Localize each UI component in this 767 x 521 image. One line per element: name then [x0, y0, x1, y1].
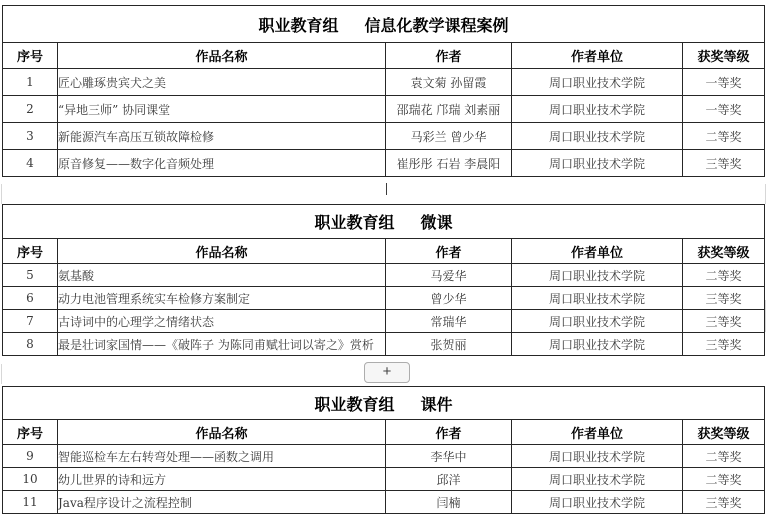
- row-number: 1: [3, 69, 58, 96]
- group-name: 职业教育组: [315, 213, 395, 232]
- author-unit: 周口职业技术学院: [512, 310, 683, 333]
- column-header-authors: 作者: [386, 420, 512, 445]
- award-level: 一等奖: [683, 69, 765, 96]
- award-level: 三等奖: [683, 310, 765, 333]
- authors: 曾少华: [386, 287, 512, 310]
- row-number: 3: [3, 123, 58, 150]
- authors: 马彩兰 曾少华: [386, 123, 512, 150]
- table-row: 8 最是壮词家国情——《破阵子 为陈同甫赋壮词以寄之》赏析 张贺丽 周口职业技术…: [3, 333, 765, 356]
- authors: 马爱华: [386, 264, 512, 287]
- table-title-row: 职业教育组课件: [3, 387, 765, 420]
- column-header-unit: 作者单位: [512, 420, 683, 445]
- row-number: 7: [3, 310, 58, 333]
- work-title: 幼儿世界的诗和远方: [58, 468, 386, 491]
- table-title: 职业教育组信息化教学课程案例: [3, 6, 765, 43]
- row-number: 8: [3, 333, 58, 356]
- authors: 邱洋: [386, 468, 512, 491]
- table-row: 10 幼儿世界的诗和远方 邱洋 周口职业技术学院 二等奖: [3, 468, 765, 491]
- header-row: 序号 作品名称 作者 作者单位 获奖等级: [3, 420, 765, 445]
- text-cursor: [386, 183, 387, 195]
- column-header-work: 作品名称: [58, 43, 386, 69]
- page-edge-line: [1, 364, 2, 384]
- column-header-unit: 作者单位: [512, 43, 683, 69]
- award-level: 二等奖: [683, 468, 765, 491]
- author-unit: 周口职业技术学院: [512, 287, 683, 310]
- table-title: 职业教育组微课: [3, 205, 765, 239]
- table-row: 6 动力电池管理系统实车检修方案制定 曾少华 周口职业技术学院 三等奖: [3, 287, 765, 310]
- page-edge-line: [1, 184, 2, 204]
- authors: 常瑞华: [386, 310, 512, 333]
- award-level: 二等奖: [683, 123, 765, 150]
- table-row: 4 原音修复——数字化音频处理 崔彤彤 石岩 李晨阳 周口职业技术学院 三等奖: [3, 150, 765, 177]
- column-header-award: 获奖等级: [683, 420, 765, 445]
- page-edge-line: [765, 300, 766, 332]
- authors: 闫楠: [386, 491, 512, 514]
- work-title: “异地三师” 协同课堂: [58, 96, 386, 123]
- table-row: 1 匠心雕琢贵宾犬之美 袁文菊 孙留霞 周口职业技术学院 一等奖: [3, 69, 765, 96]
- table-row: 7 古诗词中的心理学之情绪状态 常瑞华 周口职业技术学院 三等奖: [3, 310, 765, 333]
- table-title: 职业教育组课件: [3, 387, 765, 420]
- row-number: 2: [3, 96, 58, 123]
- group-name: 职业教育组: [258, 16, 338, 35]
- row-number: 11: [3, 491, 58, 514]
- award-level: 三等奖: [683, 491, 765, 514]
- column-header-work: 作品名称: [58, 420, 386, 445]
- column-header-authors: 作者: [386, 43, 512, 69]
- awards-table-course-cases: 职业教育组信息化教学课程案例 序号 作品名称 作者 作者单位 获奖等级 1 匠心…: [2, 5, 765, 177]
- row-number: 9: [3, 445, 58, 468]
- table-row: 2 “异地三师” 协同课堂 邵瑞花 邝瑞 刘素丽 周口职业技术学院 一等奖: [3, 96, 765, 123]
- awards-table-courseware: 职业教育组课件 序号 作品名称 作者 作者单位 获奖等级 9 智能巡检车左右转弯…: [2, 386, 765, 514]
- work-title: 匠心雕琢贵宾犬之美: [58, 69, 386, 96]
- author-unit: 周口职业技术学院: [512, 264, 683, 287]
- table-row: 11 Java程序设计之流程控制 闫楠 周口职业技术学院 三等奖: [3, 491, 765, 514]
- award-level: 二等奖: [683, 264, 765, 287]
- row-number: 4: [3, 150, 58, 177]
- award-level: 三等奖: [683, 333, 765, 356]
- header-row: 序号 作品名称 作者 作者单位 获奖等级: [3, 43, 765, 69]
- column-header-no: 序号: [3, 43, 58, 69]
- category-name: 课件: [421, 395, 453, 414]
- author-unit: 周口职业技术学院: [512, 69, 683, 96]
- authors: 邵瑞花 邝瑞 刘素丽: [386, 96, 512, 123]
- authors: 李华中: [386, 445, 512, 468]
- author-unit: 周口职业技术学院: [512, 445, 683, 468]
- work-title: 新能源汽车高压互锁故障检修: [58, 123, 386, 150]
- work-title: 古诗词中的心理学之情绪状态: [58, 310, 386, 333]
- authors: 崔彤彤 石岩 李晨阳: [386, 150, 512, 177]
- page-edge-line: [765, 184, 766, 204]
- award-level: 一等奖: [683, 96, 765, 123]
- award-level: 二等奖: [683, 445, 765, 468]
- table-row: 5 氨基酸 马爱华 周口职业技术学院 二等奖: [3, 264, 765, 287]
- author-unit: 周口职业技术学院: [512, 96, 683, 123]
- table-row: 3 新能源汽车高压互锁故障检修 马彩兰 曾少华 周口职业技术学院 二等奖: [3, 123, 765, 150]
- author-unit: 周口职业技术学院: [512, 150, 683, 177]
- authors: 张贺丽: [386, 333, 512, 356]
- column-header-work: 作品名称: [58, 239, 386, 264]
- document-page: { "page": { "background": "#ffffff" }, "…: [0, 0, 767, 521]
- work-title: 最是壮词家国情——《破阵子 为陈同甫赋壮词以寄之》赏析: [58, 333, 386, 356]
- column-header-unit: 作者单位: [512, 239, 683, 264]
- award-level: 三等奖: [683, 150, 765, 177]
- work-title: 动力电池管理系统实车检修方案制定: [58, 287, 386, 310]
- column-header-authors: 作者: [386, 239, 512, 264]
- column-header-no: 序号: [3, 420, 58, 445]
- award-level: 三等奖: [683, 287, 765, 310]
- work-title: 氨基酸: [58, 264, 386, 287]
- column-header-award: 获奖等级: [683, 239, 765, 264]
- group-name: 职业教育组: [315, 395, 395, 414]
- header-row: 序号 作品名称 作者 作者单位 获奖等级: [3, 239, 765, 264]
- author-unit: 周口职业技术学院: [512, 123, 683, 150]
- row-number: 5: [3, 264, 58, 287]
- table-title-row: 职业教育组微课: [3, 205, 765, 239]
- category-name: 信息化教学课程案例: [365, 16, 509, 35]
- author-unit: 周口职业技术学院: [512, 468, 683, 491]
- category-name: 微课: [421, 213, 453, 232]
- awards-table-micro-lessons: 职业教育组微课 序号 作品名称 作者 作者单位 获奖等级 5 氨基酸 马爱华 周…: [2, 204, 765, 356]
- authors: 袁文菊 孙留霞: [386, 69, 512, 96]
- work-title: 智能巡检车左右转弯处理——函数之调用: [58, 445, 386, 468]
- column-header-award: 获奖等级: [683, 43, 765, 69]
- row-number: 6: [3, 287, 58, 310]
- author-unit: 周口职业技术学院: [512, 333, 683, 356]
- table-title-row: 职业教育组信息化教学课程案例: [3, 6, 765, 43]
- work-title: 原音修复——数字化音频处理: [58, 150, 386, 177]
- author-unit: 周口职业技术学院: [512, 491, 683, 514]
- work-title: Java程序设计之流程控制: [58, 491, 386, 514]
- add-row-button[interactable]: +: [364, 362, 410, 383]
- row-number: 10: [3, 468, 58, 491]
- table-row: 9 智能巡检车左右转弯处理——函数之调用 李华中 周口职业技术学院 二等奖: [3, 445, 765, 468]
- column-header-no: 序号: [3, 239, 58, 264]
